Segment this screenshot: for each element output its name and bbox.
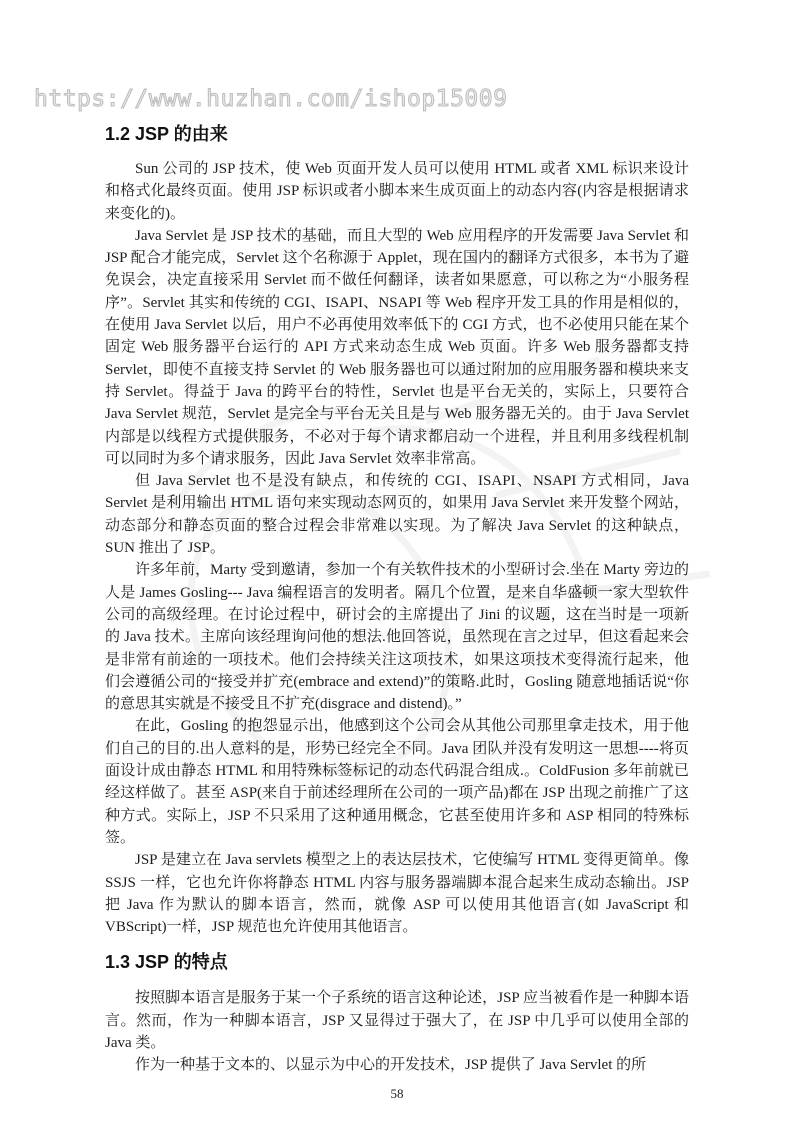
page-content: 1.2 JSP 的由来 Sun 公司的 JSP 技术，使 Web 页面开发人员可… [105, 122, 689, 1102]
section-heading-1-3: 1.3 JSP 的特点 [105, 950, 689, 974]
body-paragraph: 按照脚本语言是服务于某一个子系统的语言这种论述，JSP 应当被看作是一种脚本语言… [105, 987, 689, 1054]
body-paragraph: 在此，Gosling 的抱怨显示出，他感到这个公司会从其他公司那里拿走技术，用于… [105, 715, 689, 849]
page-number: 58 [105, 1086, 689, 1102]
body-paragraph: 但 Java Servlet 也不是没有缺点，和传统的 CGI、ISAPI、NS… [105, 470, 689, 559]
body-paragraph: 许多年前，Marty 受到邀请，参加一个有关软件技术的小型研讨会.坐在 Mart… [105, 559, 689, 715]
body-paragraph: Sun 公司的 JSP 技术，使 Web 页面开发人员可以使用 HTML 或者 … [105, 158, 689, 225]
body-paragraph: Java Servlet 是 JSP 技术的基础，而且大型的 Web 应用程序的… [105, 225, 689, 470]
url-watermark: https://www.huzhan.com/ishop15009 [34, 86, 507, 112]
body-paragraph: JSP 是建立在 Java servlets 模型之上的表达层技术，它使编写 H… [105, 849, 689, 938]
document-page: https://www.huzhan.com/ishop15009 1.2 JS… [0, 0, 793, 1122]
body-paragraph: 作为一种基于文本的、以显示为中心的开发技术，JSP 提供了 Java Servl… [105, 1054, 689, 1076]
section-heading-1-2: 1.2 JSP 的由来 [105, 122, 689, 146]
